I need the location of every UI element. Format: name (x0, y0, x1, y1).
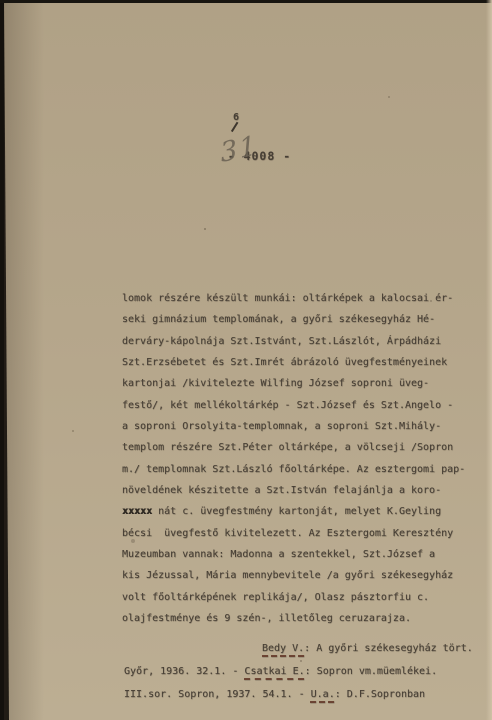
bibliography-entry: III.sor. Sopron, 1937. 54.1. - U.a.: D.F… (124, 683, 484, 706)
paragraph-line: derváry-kápolnája Szt.Istvánt, Szt.Lászl… (122, 331, 482, 352)
paragraph-line: m./ templomnak Szt.László főoltárképe. A… (122, 459, 482, 480)
struck-digit: 8 (267, 149, 275, 163)
paragraph-line: bécsi üvegfestő kivitelezett. Az Eszterg… (122, 523, 482, 544)
paragraph-line: olajfestménye és 9 szén-, illetőleg ceru… (122, 608, 482, 629)
scan-right-edge (486, 0, 492, 720)
strikeout-mark (231, 122, 238, 132)
bib-post-text: : D.F.Sopronban (335, 689, 425, 700)
paragraph-line: lomok részére készült munkái: oltárképek… (122, 288, 482, 309)
paragraph-line: festő/, két mellékoltárkép - Szt.József … (122, 395, 482, 416)
handwritten-pencil-number: 31 (219, 130, 260, 169)
paragraph-line-with-strikeout: xxxxx nát c. üvegfestmény kartonját, mel… (122, 501, 482, 522)
bib-pre-text: Győr, 1936. 32.1. - (124, 666, 244, 677)
bibliography-entry: Bedy V.: A győri székesegyház tört. (124, 637, 484, 660)
page-number-header: 6 - 4008 - 31 (196, 121, 291, 205)
bib-post-text: : A győri székesegyház tört. (304, 643, 473, 654)
bibliography-entry: Győr, 1936. 32.1. - Csatkai E.: Sopron v… (124, 660, 484, 683)
paragraph-line: növeldének készitette a Szt.István felaj… (122, 480, 482, 501)
paragraph-line: volt főoltárképének replikája/, Olasz pá… (122, 587, 482, 608)
paragraph-line: Muzeumban vannak: Madonna a szentekkel, … (122, 544, 482, 565)
scanned-document-page: 6 - 4008 - 31 lomok részére készült munk… (0, 0, 492, 720)
paragraph-line: Szt.Erzsébetet és Szt.Imrét ábrázoló üve… (122, 352, 482, 373)
bib-author-underlined: Csatkai E. (244, 666, 304, 677)
paper-specks (204, 228, 206, 230)
paragraph-line: templom részére Szt.Péter oltárképe, a v… (122, 437, 482, 458)
bibliography-section: Bedy V.: A győri székesegyház tört. Győr… (124, 637, 484, 706)
scan-top-edge (0, 0, 492, 3)
bib-author-underlined: U.a. (311, 689, 335, 700)
bib-author-underlined: Bedy V. (262, 643, 304, 654)
paragraph-line: kis Jézussal, Mária mennybevitele /a győ… (122, 565, 482, 586)
paragraph-line: a soproni Orsolyita-templomnak, a sopron… (122, 416, 482, 437)
page-number-suffix: - (275, 149, 291, 163)
bib-pre-text: III.sor. Sopron, 1937. 54.1. - (124, 689, 311, 700)
paragraph-line: seki gimnázium templomának, a győri szék… (122, 309, 482, 330)
paper-left-shadow (4, 0, 44, 720)
paragraph-line: kartonjai /kivitelezte Wilfing József so… (122, 373, 482, 394)
typewriter-strikeout-xxxxx: xxxxx (122, 506, 152, 517)
bib-post-text: : Sopron vm.müemlékei. (305, 666, 437, 677)
paragraph-line-rest: nát c. üvegfestmény kartonját, melyet K.… (152, 506, 441, 517)
body-paragraph: lomok részére készült munkái: oltárképek… (122, 288, 482, 630)
